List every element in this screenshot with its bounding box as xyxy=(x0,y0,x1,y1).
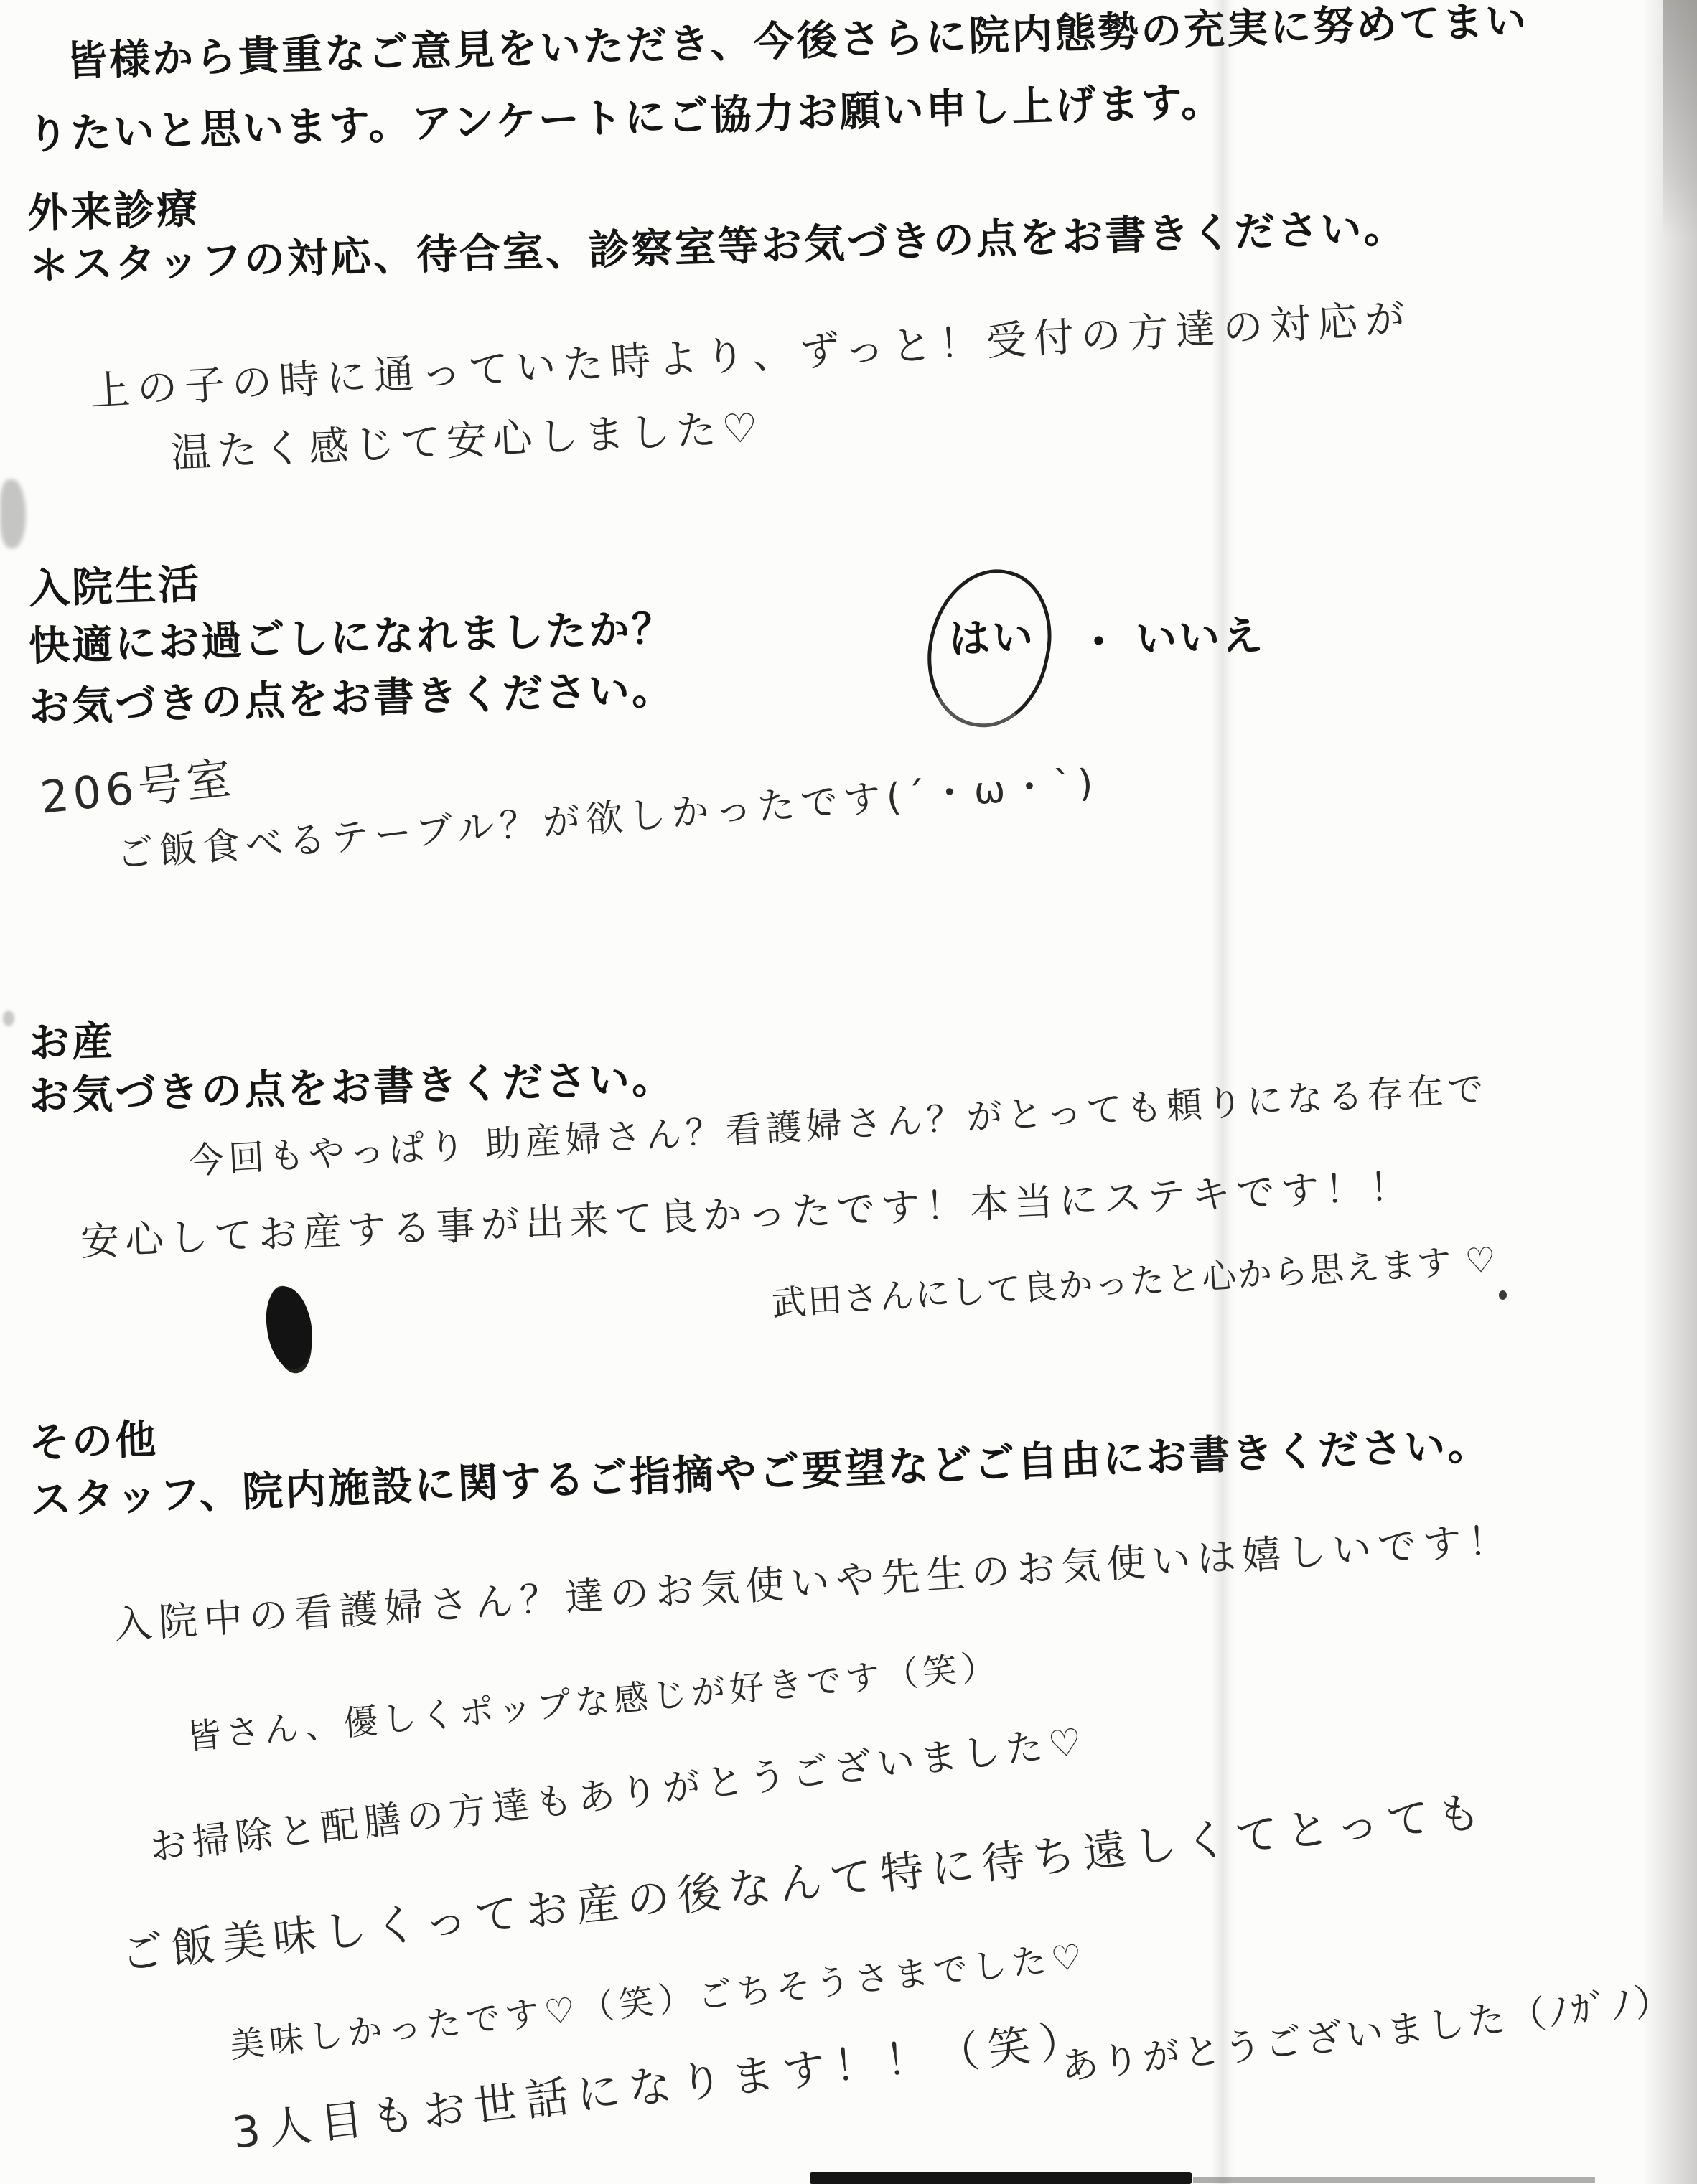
hospitalization-answer-room: 206号室 xyxy=(37,742,238,826)
stray-pen-dot xyxy=(1499,1290,1507,1300)
scan-dark-bar-bottom xyxy=(810,2172,1192,2184)
handdrawn-circle-around-yes xyxy=(914,558,1065,739)
section-title-hospitalization: 入院生活 xyxy=(28,551,202,615)
section-title-other: その他 xyxy=(28,1407,159,1469)
hospitalization-answer-table: ご飯食べるテーブル？が欲しかったです(´・ω・`) xyxy=(114,752,1100,878)
outpatient-prompt: ＊スタッフの対応、待合室、診察室等お気づきの点をお書きください。 xyxy=(28,195,1408,292)
birth-answer-line-3: 武田さんにして良かったと心から思えます ♡ xyxy=(770,1232,1499,1326)
intro-line-1: 皆様から貴重なご意見をいただき、今後さらに院内態勢の充実に努めてまい xyxy=(65,0,1529,88)
other-answer-line-7: ありがとうございました（ﾉｶﾞﾉ） xyxy=(1058,1969,1678,2091)
ink-scribble-blot xyxy=(262,1284,317,1372)
section-title-birth: お産 xyxy=(28,1008,116,1069)
option-separator-dot: ・ xyxy=(1077,609,1122,669)
outpatient-answer-line-2: 温たく感じて安心しました♡ xyxy=(169,396,765,479)
other-prompt: スタッフ、院内施設に関するご指摘やご要望などご自由にお書きください。 xyxy=(29,1412,1491,1527)
other-answer-line-1: 入院中の看護婦さん？達のお気使いや先生のお気使いは嬉しいです！ xyxy=(112,1509,1515,1650)
scan-crease-line xyxy=(1212,0,1233,2184)
scan-shadow-right-edge xyxy=(1642,0,1697,2184)
scan-gray-bar-bottom xyxy=(1193,2177,1595,2183)
scanned-questionnaire-page: 皆様から貴重なご意見をいただき、今後さらに院内態勢の充実に努めてまい りたいと思… xyxy=(0,0,1697,2184)
scan-shadow-top-right xyxy=(1663,0,1697,237)
option-no-label: いいえ xyxy=(1135,603,1266,665)
scan-smudge-left-edge xyxy=(0,479,26,548)
scan-fleck-left-edge xyxy=(3,1011,14,1026)
